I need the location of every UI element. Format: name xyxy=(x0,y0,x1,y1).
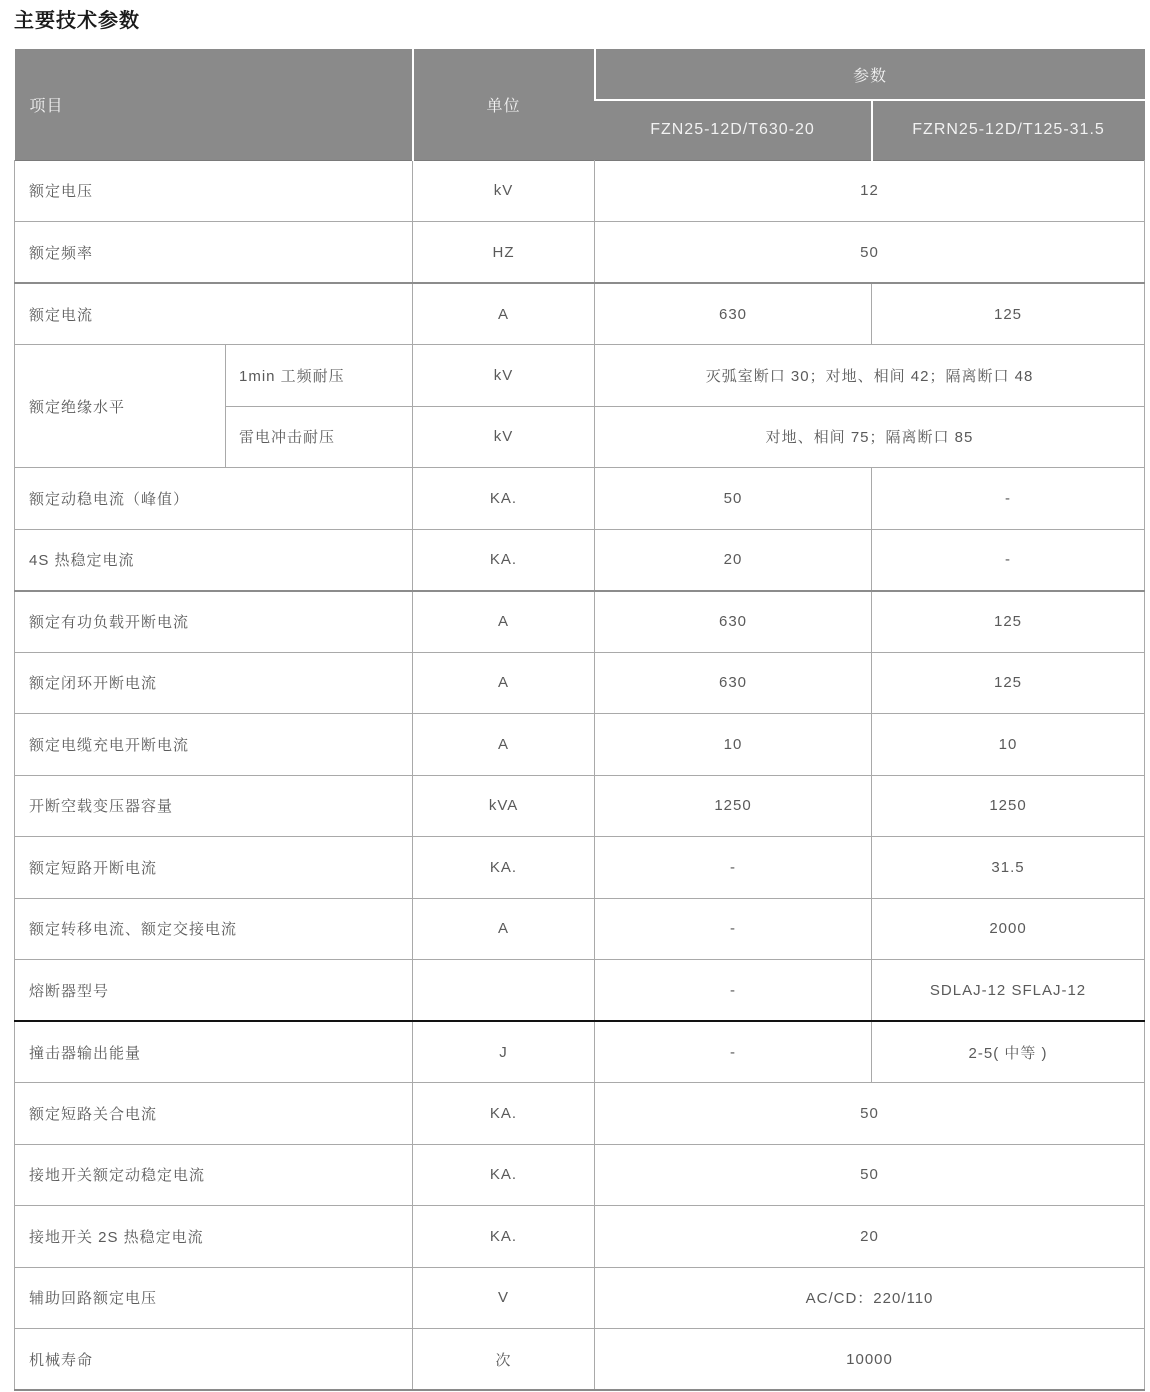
unit-cell: V xyxy=(413,1267,595,1329)
column-header-item: 项目 xyxy=(15,49,413,160)
unit-cell: A xyxy=(413,714,595,776)
param-name-cell: 额定短路关合电流 xyxy=(15,1083,413,1145)
unit-cell: KA. xyxy=(413,1144,595,1206)
param-name-cell: 额定电缆充电开断电流 xyxy=(15,714,413,776)
param-name-cell: 额定转移电流、额定交接电流 xyxy=(15,898,413,960)
param-name-cell: 辅助回路额定电压 xyxy=(15,1267,413,1329)
param-name-cell: 额定频率 xyxy=(15,222,413,284)
unit-cell: KA. xyxy=(413,1206,595,1268)
param-name-cell: 接地开关 2S 热稳定电流 xyxy=(15,1206,413,1268)
table-row: 额定电压 kV 12 xyxy=(15,160,1145,222)
value-cell-model2: 2-5( 中等 ) xyxy=(872,1021,1145,1083)
table-row: 辅助回路额定电压 V AC/CD：220/110 xyxy=(15,1267,1145,1329)
column-header-model-1: FZN25-12D/T630-20 xyxy=(595,100,872,160)
unit-cell: J xyxy=(413,1021,595,1083)
technical-parameters-table: 项目 单位 参数 FZN25-12D/T630-20 FZRN25-12D/T1… xyxy=(14,49,1145,1391)
value-cell-model2: 125 xyxy=(872,591,1145,653)
value-cell: AC/CD：220/110 xyxy=(595,1267,1145,1329)
param-group-cell: 额定绝缘水平 xyxy=(15,345,226,468)
value-cell-model2: 1250 xyxy=(872,775,1145,837)
unit-cell: kV xyxy=(413,345,595,407)
table-row: 额定绝缘水平 1min 工频耐压 kV 灭弧室断口 30；对地、相间 42；隔离… xyxy=(15,345,1145,407)
page: 主要技术参数 项目 单位 参数 FZN25-12D/T630-20 FZRN25… xyxy=(0,0,1150,1392)
value-cell-model2: 125 xyxy=(872,652,1145,714)
unit-cell: A xyxy=(413,283,595,345)
unit-cell: KA. xyxy=(413,837,595,899)
value-cell-model1: 20 xyxy=(595,529,872,591)
value-cell-model2: - xyxy=(872,529,1145,591)
table-row: 额定闭环开断电流 A 630 125 xyxy=(15,652,1145,714)
table-row: 额定动稳电流（峰值） KA. 50 - xyxy=(15,468,1145,530)
value-cell: 对地、相间 75；隔离断口 85 xyxy=(595,406,1145,468)
unit-cell xyxy=(413,960,595,1022)
value-cell-model2: SDLAJ-12 SFLAJ-12 xyxy=(872,960,1145,1022)
unit-cell: HZ xyxy=(413,222,595,284)
table-row: 额定电流 A 630 125 xyxy=(15,283,1145,345)
param-name-cell: 4S 热稳定电流 xyxy=(15,529,413,591)
table-row: 额定短路关合电流 KA. 50 xyxy=(15,1083,1145,1145)
unit-cell: KA. xyxy=(413,468,595,530)
unit-cell: A xyxy=(413,652,595,714)
value-cell-model2: - xyxy=(872,468,1145,530)
value-cell: 50 xyxy=(595,222,1145,284)
param-name-cell: 额定动稳电流（峰值） xyxy=(15,468,413,530)
table-row: 4S 热稳定电流 KA. 20 - xyxy=(15,529,1145,591)
value-cell-model1: 630 xyxy=(595,591,872,653)
param-name-cell: 额定电流 xyxy=(15,283,413,345)
value-cell: 50 xyxy=(595,1144,1145,1206)
param-name-cell: 撞击器输出能量 xyxy=(15,1021,413,1083)
value-cell-model2: 31.5 xyxy=(872,837,1145,899)
value-cell-model2: 2000 xyxy=(872,898,1145,960)
value-cell-model1: 630 xyxy=(595,652,872,714)
table-row: 撞击器输出能量 J - 2-5( 中等 ) xyxy=(15,1021,1145,1083)
unit-cell: kV xyxy=(413,406,595,468)
table-row: 额定转移电流、额定交接电流 A - 2000 xyxy=(15,898,1145,960)
unit-cell: kVA xyxy=(413,775,595,837)
value-cell-model2: 125 xyxy=(872,283,1145,345)
param-name-cell: 额定闭环开断电流 xyxy=(15,652,413,714)
param-subname-cell: 1min 工频耐压 xyxy=(226,345,413,407)
column-header-model-2: FZRN25-12D/T125-31.5 xyxy=(872,100,1145,160)
value-cell-model1: - xyxy=(595,837,872,899)
unit-cell: A xyxy=(413,898,595,960)
header-row-top: 项目 单位 参数 xyxy=(15,49,1145,100)
value-cell: 10000 xyxy=(595,1329,1145,1391)
table-row: 额定电缆充电开断电流 A 10 10 xyxy=(15,714,1145,776)
column-header-unit: 单位 xyxy=(413,49,595,160)
unit-cell: KA. xyxy=(413,1083,595,1145)
param-name-cell: 开断空载变压器容量 xyxy=(15,775,413,837)
value-cell: 50 xyxy=(595,1083,1145,1145)
value-cell-model1: - xyxy=(595,1021,872,1083)
value-cell-model1: - xyxy=(595,898,872,960)
param-name-cell: 额定有功负载开断电流 xyxy=(15,591,413,653)
value-cell-model1: 1250 xyxy=(595,775,872,837)
param-subname-cell: 雷电冲击耐压 xyxy=(226,406,413,468)
value-cell-model1: 10 xyxy=(595,714,872,776)
value-cell-model1: 630 xyxy=(595,283,872,345)
table-row: 额定频率 HZ 50 xyxy=(15,222,1145,284)
table-row: 接地开关额定动稳定电流 KA. 50 xyxy=(15,1144,1145,1206)
param-name-cell: 熔断器型号 xyxy=(15,960,413,1022)
value-cell-model2: 10 xyxy=(872,714,1145,776)
table-row: 机械寿命 次 10000 xyxy=(15,1329,1145,1391)
value-cell: 12 xyxy=(595,160,1145,222)
param-name-cell: 额定电压 xyxy=(15,160,413,222)
value-cell: 灭弧室断口 30；对地、相间 42；隔离断口 48 xyxy=(595,345,1145,407)
value-cell-model1: 50 xyxy=(595,468,872,530)
unit-cell: kV xyxy=(413,160,595,222)
table-row: 开断空载变压器容量 kVA 1250 1250 xyxy=(15,775,1145,837)
value-cell-model1: - xyxy=(595,960,872,1022)
unit-cell: A xyxy=(413,591,595,653)
param-name-cell: 接地开关额定动稳定电流 xyxy=(15,1144,413,1206)
value-cell: 20 xyxy=(595,1206,1145,1268)
table-row: 接地开关 2S 热稳定电流 KA. 20 xyxy=(15,1206,1145,1268)
table-body: 额定电压 kV 12 额定频率 HZ 50 额定电流 A 630 125 额定绝… xyxy=(15,160,1145,1390)
table-row: 额定短路开断电流 KA. - 31.5 xyxy=(15,837,1145,899)
page-title: 主要技术参数 xyxy=(14,4,140,33)
param-name-cell: 机械寿命 xyxy=(15,1329,413,1391)
param-name-cell: 额定短路开断电流 xyxy=(15,837,413,899)
table-row: 额定有功负载开断电流 A 630 125 xyxy=(15,591,1145,653)
table-row: 熔断器型号 - SDLAJ-12 SFLAJ-12 xyxy=(15,960,1145,1022)
unit-cell: KA. xyxy=(413,529,595,591)
column-header-params: 参数 xyxy=(595,49,1145,100)
unit-cell: 次 xyxy=(413,1329,595,1391)
table-header: 项目 单位 参数 FZN25-12D/T630-20 FZRN25-12D/T1… xyxy=(15,49,1145,160)
